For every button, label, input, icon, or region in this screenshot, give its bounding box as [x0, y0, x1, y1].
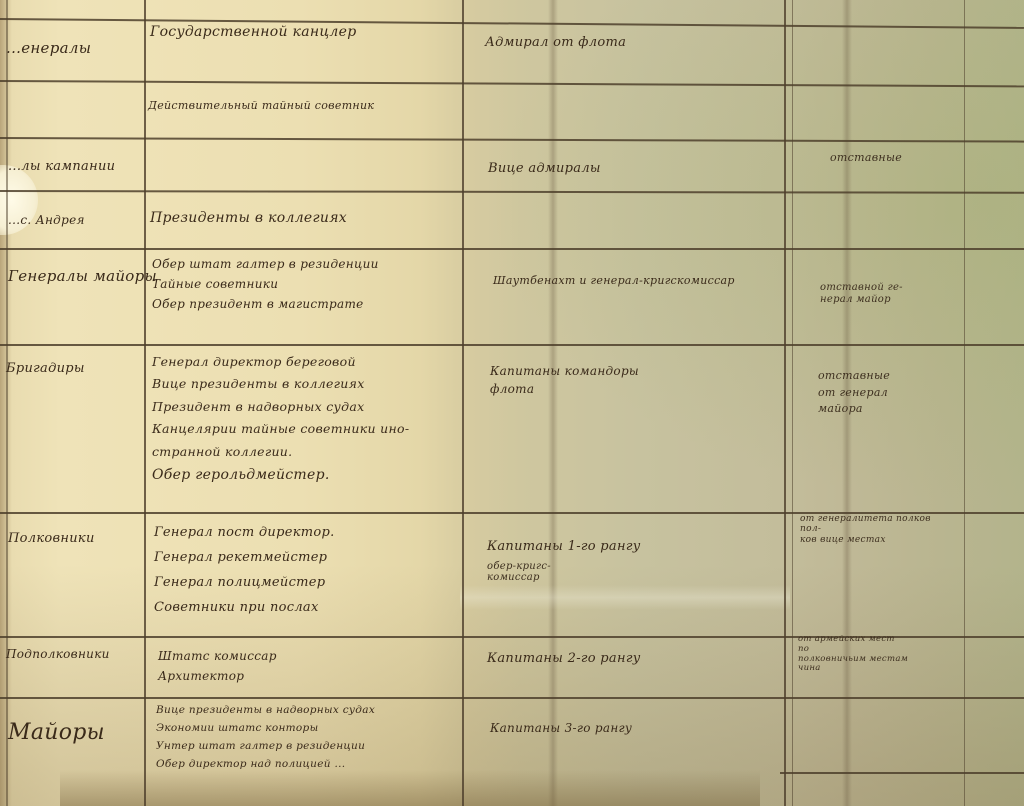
military-rank: Подполковники — [6, 648, 110, 662]
note: от генералитета полков пол- ков вице мес… — [800, 514, 931, 545]
paper-edge-shadow — [60, 770, 760, 806]
naval-rank: Вице адмиралы — [488, 162, 601, 177]
column-rule — [144, 0, 146, 806]
civil-rank: Штатс комиссар Архитектор — [158, 650, 277, 684]
column-rule — [6, 0, 8, 806]
civil-rank: Генерал пост директор. Генерал рекетмейс… — [154, 526, 335, 616]
naval-rank: Капитаны командоры флота — [490, 365, 639, 397]
naval-rank: Капитаны 1-го рангу обер-кригс- комиссар — [487, 540, 641, 584]
paper-crease — [548, 0, 558, 806]
military-rank: ...енералы — [6, 40, 91, 57]
military-rank: ...с. Андрея — [8, 214, 85, 228]
note: отставной ге- нерал майор — [820, 282, 903, 305]
naval-rank: Капитаны 2-го рангу — [487, 652, 641, 667]
civil-rank: Президенты в коллегиях — [150, 210, 347, 226]
military-rank: Майоры — [8, 720, 105, 745]
naval-rank: Капитаны 3-го рангу — [490, 722, 632, 736]
military-rank: Генералы майоры — [8, 268, 157, 285]
row-rule — [0, 248, 1024, 250]
paper-fold — [460, 585, 790, 610]
row-rule — [0, 697, 1024, 699]
military-rank: Бригадиры — [6, 362, 85, 377]
naval-rank: Адмирал от флота — [485, 36, 626, 51]
note: от армейских мест по полковничьим местам… — [798, 635, 908, 674]
column-rule — [792, 0, 793, 806]
column-rule — [964, 0, 965, 806]
row-rule — [780, 772, 1024, 774]
civil-rank: Действительный тайный советник — [148, 100, 374, 113]
civil-rank: Обер штат галтер в резиденции Тайные сов… — [152, 258, 379, 311]
note: отставные от генерал майора — [818, 370, 890, 416]
civil-rank: Государственной канцлер — [150, 24, 357, 40]
civil-rank: Вице президенты в надворных судах Эконом… — [156, 704, 375, 770]
row-rule — [0, 344, 1024, 346]
military-rank: Полковники — [8, 532, 95, 547]
column-rule — [784, 0, 786, 806]
note: отставные — [830, 152, 902, 165]
naval-rank: Шаутбенахт и генерал-кригскомиссар — [493, 275, 735, 288]
military-rank: ...лы кампании — [8, 160, 115, 175]
column-rule — [462, 0, 464, 806]
civil-rank: Генерал директор береговой Вице президен… — [152, 355, 409, 483]
